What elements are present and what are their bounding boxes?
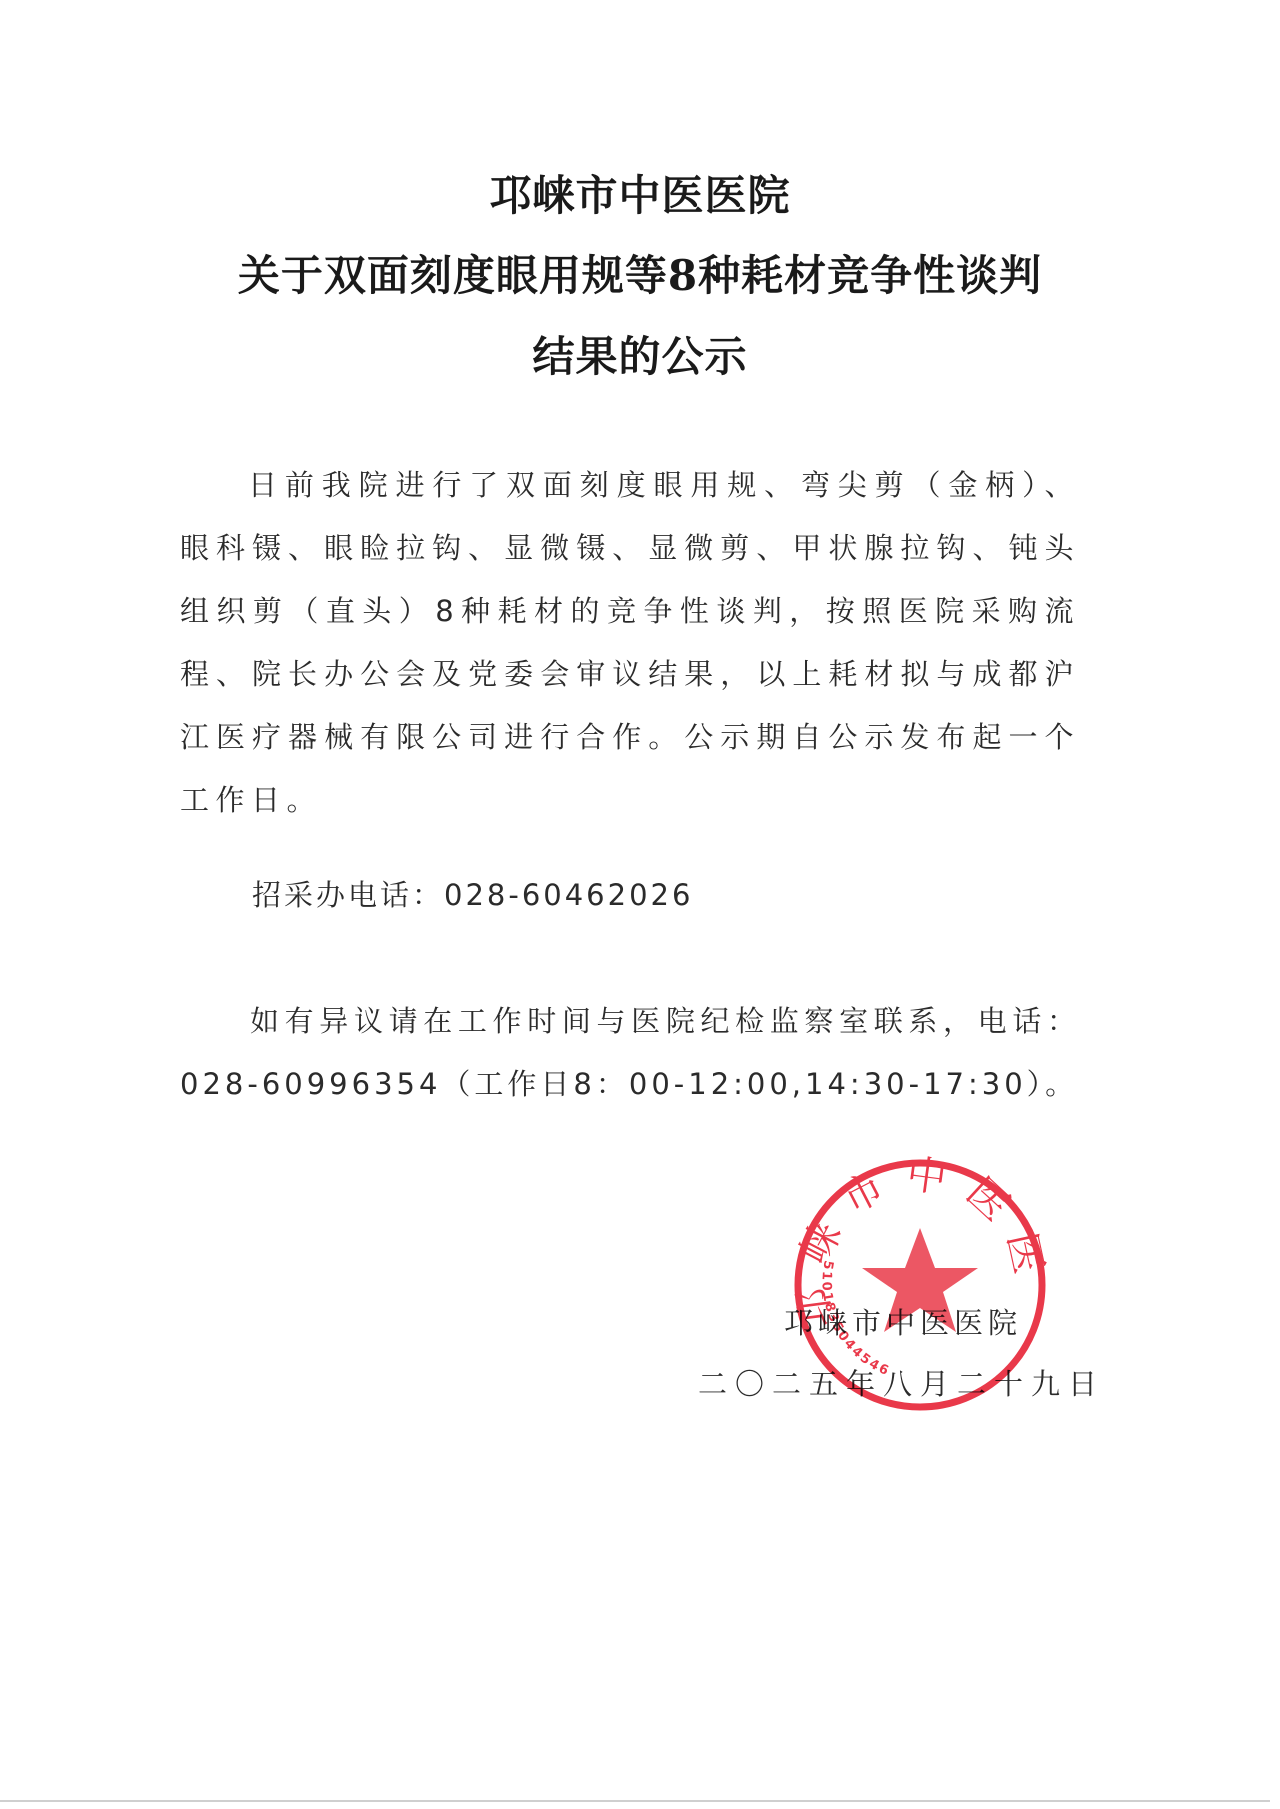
star-icon [862, 1228, 978, 1332]
title-line-2: 关于双面刻度眼用规等8种耗材竞争性谈判 [0, 246, 1280, 306]
official-seal-icon: 邛崃市中医医院 5101835044546 [785, 1150, 1055, 1420]
title-line-1: 邛崃市中医医院 [0, 166, 1280, 226]
document-page: 邛崃市中医医院 关于双面刻度眼用规等8种耗材竞争性谈判 结果的公示 日前我院进行… [0, 0, 1280, 1809]
procurement-contact: 招采办电话：028-60462026 [252, 864, 1152, 927]
objection-contact: 如有异议请在工作时间与医院纪检监察室联系，电话：028-60996354（工作日… [180, 990, 1080, 1116]
main-paragraph: 日前我院进行了双面刻度眼用规、弯尖剪（金柄）、眼科镊、眼睑拉钩、显微镊、显微剪、… [180, 454, 1080, 832]
scan-edge-line [0, 1800, 1270, 1802]
title-line-3: 结果的公示 [0, 327, 1280, 387]
